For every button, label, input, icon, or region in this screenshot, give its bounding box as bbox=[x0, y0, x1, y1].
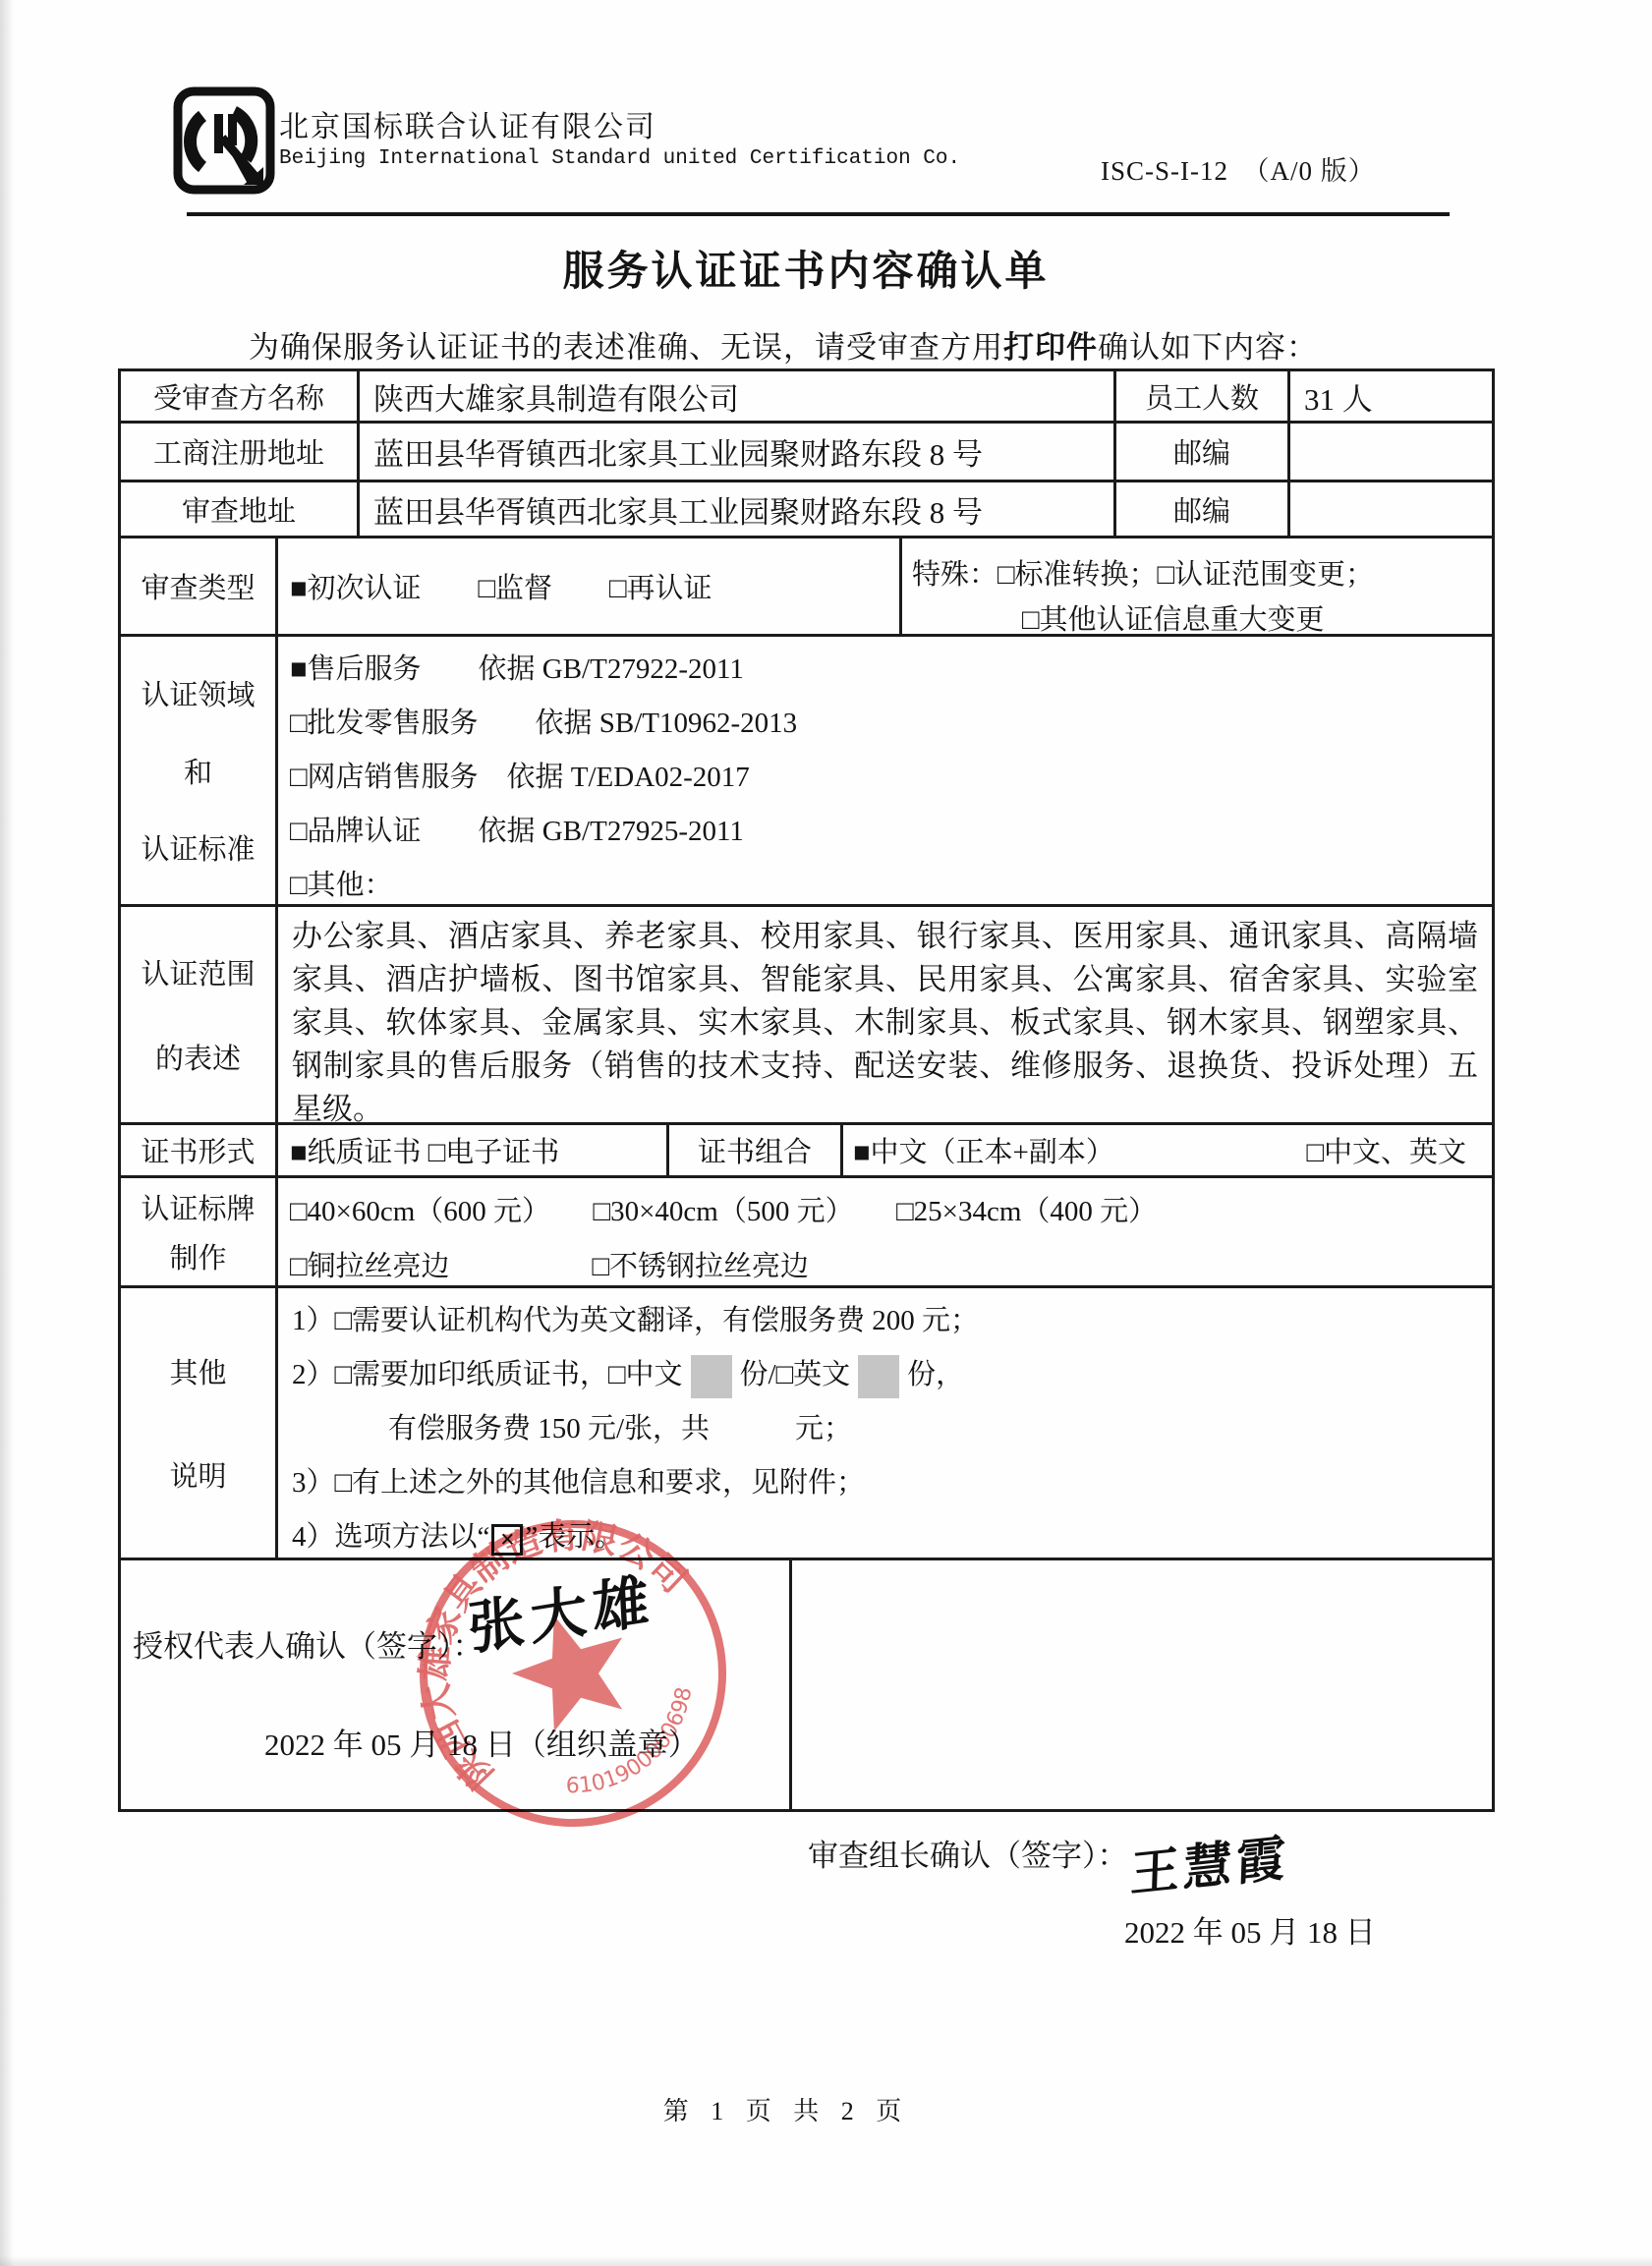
plaque-options: □40×60cm（600 元） □30×40cm（500 元） □25×34cm… bbox=[278, 1178, 1492, 1288]
cert-form-label: 证书形式 bbox=[121, 1125, 278, 1178]
cert-field-options: ■售后服务 依据 GB/T27922-2011 □批发零售服务 依据 SB/T1… bbox=[278, 637, 1492, 907]
scope-label-line2: 的表述 bbox=[155, 1037, 241, 1077]
note-item-2-post: 份， bbox=[907, 1359, 964, 1390]
page-number: 第 1 页 共 2 页 bbox=[0, 2091, 1572, 2127]
auditee-name-label: 受审查方名称 bbox=[121, 371, 360, 424]
plaque-label: 认证标牌 制作 bbox=[121, 1178, 278, 1288]
other-notes-label: 其他 说明 bbox=[121, 1288, 278, 1560]
cert-option-aftersale: ■售后服务 依据 GB/T27922-2011 bbox=[290, 643, 1482, 697]
scope-text: 办公家具、酒店家具、养老家具、校用家具、银行家具、医用家具、通讯家具、高隔墙家具… bbox=[278, 907, 1492, 1125]
audit-type-label: 审查类型 bbox=[121, 538, 278, 637]
audit-address-label: 审查地址 bbox=[121, 482, 360, 538]
cert-field-label-line3: 认证标准 bbox=[141, 827, 255, 868]
employee-count-value: 31 人 bbox=[1290, 371, 1492, 424]
cert-option-wholesale: □批发零售服务 依据 SB/T10962-2013 bbox=[290, 697, 1482, 751]
intro-pre: 为确保服务认证证书的表述准确、无误，请受审查方用 bbox=[249, 330, 1003, 365]
combo-option-chinese: ■中文（正本+副本） bbox=[853, 1130, 1114, 1170]
cert-field-label-line1: 认证领域 bbox=[141, 673, 255, 713]
postcode-label-1: 邮编 bbox=[1116, 424, 1290, 482]
english-copies-blank-box bbox=[858, 1355, 899, 1398]
cert-option-brand: □品牌认证 依据 GB/T27925-2011 bbox=[290, 805, 1482, 859]
audit-address-value: 蓝田县华胥镇西北家具工业园聚财路东段 8 号 bbox=[360, 482, 1116, 538]
scanned-form-page: 北京国标联合认证有限公司 Beijing International Stand… bbox=[0, 0, 1652, 2266]
note-item-2: 2）□需要加印纸质证书，□中文份/□英文份， bbox=[278, 1348, 1492, 1402]
cert-option-other: □其他： bbox=[290, 859, 1482, 913]
cert-combo-label: 证书组合 bbox=[669, 1125, 843, 1178]
scan-edge-shadow-bottom bbox=[0, 2256, 1652, 2266]
registered-address-label: 工商注册地址 bbox=[121, 424, 360, 482]
plaque-label-line2: 制作 bbox=[169, 1236, 226, 1276]
cert-field-label: 认证领域 和 认证标准 bbox=[121, 637, 278, 907]
registered-address-value: 蓝田县华胥镇西北家具工业园聚财路东段 8 号 bbox=[360, 424, 1116, 482]
postcode-value-2 bbox=[1290, 482, 1492, 538]
postcode-label-2: 邮编 bbox=[1116, 482, 1290, 538]
other-notes-label-line2: 说明 bbox=[169, 1454, 226, 1495]
audit-leader-sign-date: 2022 年 05 月 18 日 bbox=[1124, 1907, 1376, 1952]
audit-leader-sign-cell: 审查组长确认（签字）： 王慧霞 2022 年 05 月 18 日 bbox=[792, 1809, 1492, 2058]
header-rule bbox=[187, 212, 1450, 216]
intro-post: 确认如下内容： bbox=[1098, 330, 1318, 365]
cert-option-onlineshop: □网店销售服务 依据 T/EDA02-2017 bbox=[290, 751, 1482, 805]
employee-count-label: 员工人数 bbox=[1116, 371, 1290, 424]
intro-line: 为确保服务认证证书的表述准确、无误，请受审查方用打印件确认如下内容： bbox=[249, 322, 1318, 367]
note-item-2-pre: 2）□需要加印纸质证书，□中文 bbox=[292, 1359, 683, 1390]
auditee-name-value: 陕西大雄家具制造有限公司 bbox=[360, 371, 1116, 424]
confirmation-form-table: 受审查方名称 陕西大雄家具制造有限公司 员工人数 31 人 工商注册地址 蓝田县… bbox=[118, 368, 1495, 1812]
plaque-sizes-line: □40×60cm（600 元） □30×40cm（500 元） □25×34cm… bbox=[290, 1184, 1482, 1239]
special-line-1: 特殊：□标准转换；□认证范围变更； bbox=[912, 552, 1492, 597]
company-seal-stamp: 陕西大雄家具制造有限公司 6101900060698 bbox=[401, 1501, 745, 1850]
intro-bold: 打印件 bbox=[1003, 330, 1098, 365]
chinese-copies-blank-box bbox=[691, 1355, 732, 1398]
note-item-2-mid: 份/□英文 bbox=[740, 1359, 851, 1390]
cert-combo-options: ■中文（正本+副本） □中文、英文 bbox=[843, 1125, 1492, 1178]
postcode-value-1 bbox=[1290, 424, 1492, 482]
audit-type-options: ■初次认证 □监督 □再认证 bbox=[278, 538, 902, 637]
scan-edge-shadow bbox=[0, 0, 14, 2266]
combo-option-bilingual: □中文、英文 bbox=[1306, 1130, 1466, 1170]
audit-leader-sign-label: 审查组长确认（签字）： bbox=[808, 1831, 1128, 1875]
certification-logo-icon bbox=[173, 86, 275, 199]
document-code: ISC-S-I-12 （A/0 版） bbox=[1101, 149, 1376, 188]
note-item-1: 1）□需要认证机构代为英文翻译，有偿服务费 200 元； bbox=[278, 1294, 1492, 1348]
page-title: 服务认证证书内容确认单 bbox=[0, 239, 1612, 298]
audit-leader-signature: 王慧霞 bbox=[1129, 1818, 1290, 1906]
other-notes-label-line1: 其他 bbox=[169, 1351, 226, 1391]
scope-label-line1: 认证范围 bbox=[141, 952, 255, 992]
audit-type-special: 特殊：□标准转换；□认证范围变更； □其他认证信息重大变更 bbox=[902, 538, 1492, 637]
scope-label: 认证范围 的表述 bbox=[121, 907, 278, 1125]
cert-form-options: ■纸质证书 □电子证书 bbox=[278, 1125, 669, 1178]
plaque-label-line1: 认证标牌 bbox=[141, 1187, 255, 1227]
header-company-name-cn: 北京国标联合认证有限公司 bbox=[279, 102, 656, 145]
note-item-2b: 有偿服务费 150 元/张，共 元； bbox=[278, 1402, 1492, 1456]
plaque-finish-line: □铜拉丝亮边 □不锈钢拉丝亮边 bbox=[290, 1239, 1482, 1294]
header-company-name-en: Beijing International Standard united Ce… bbox=[279, 147, 960, 170]
cert-field-label-line2: 和 bbox=[184, 751, 212, 791]
